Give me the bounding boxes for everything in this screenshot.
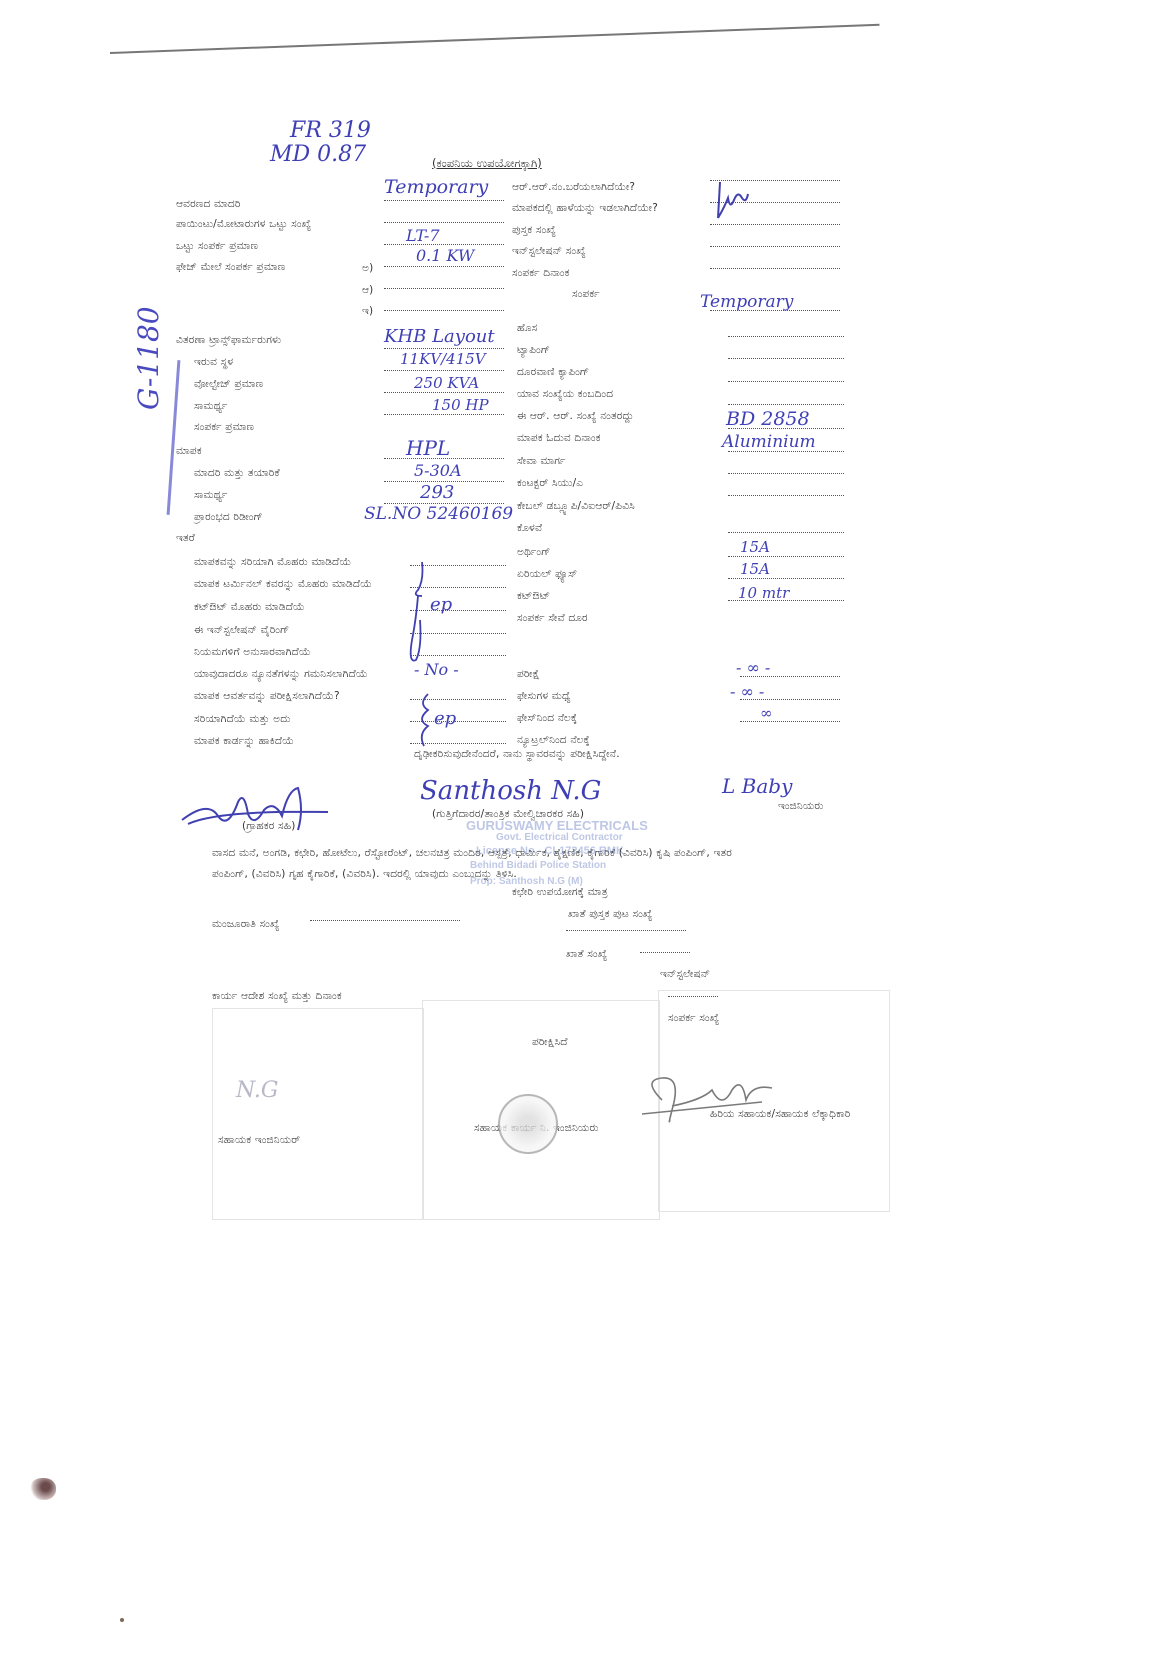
field-line (384, 288, 504, 289)
engineer-label: ಇಂಜಿನಿಯರು (778, 800, 824, 813)
field-line (384, 200, 504, 201)
field-line (710, 268, 840, 269)
field-label: ಸಂಪರ್ಕ ಪ್ರಮಾಣ (194, 421, 254, 434)
accounts-officer-signature (642, 1070, 812, 1130)
neutral-earth-value: ∞ (760, 704, 773, 722)
field-label: ಸಾಮರ್ಥ್ಯ (194, 400, 228, 413)
scan-edge-line (110, 24, 880, 54)
field-line (384, 266, 504, 267)
field-line (728, 556, 844, 557)
aerial-fuse-value: 15A (740, 538, 770, 556)
field-line (728, 578, 844, 579)
field-label: ಪುಸ್ತಕ ಸಂಖ್ಯೆ (512, 224, 556, 237)
accounts-officer-label: ಹಿರಿಯ ಸಹಾಯಕ/ಸಹಾಯಕ ಲೆಕ್ಕಾಧಿಕಾರಿ (710, 1108, 851, 1121)
svg-text:ep: ep (430, 594, 453, 615)
asst-engineer-label: ಸಹಾಯಕ ಇಂಜಿನಿಯರ್ (218, 1134, 300, 1147)
checklist-label: ನಿಯಮಗಳಿಗೆ ಅನುಸಾರವಾಗಿದೆಯೆ (194, 646, 311, 659)
field-line (384, 370, 504, 371)
section-heading: ವಿತರಣಾ ಟ್ರಾನ್ಸ್‌ಫಾರ್ಮರುಗಳು (176, 334, 281, 347)
engineer-signature: L Baby (722, 774, 792, 798)
meter-make-value: HPL (406, 436, 450, 460)
field-line (384, 222, 504, 223)
field-label: ಕೇಬಲ್ ಡಬ್ಲ್ಯೂಪಿ/ವಿಐಆರ್/ಪಿವಿಸಿ (517, 500, 635, 513)
field-label: ಪ್ರಾರಂಭದ ರಿಡೀಂಗ್ (194, 511, 263, 524)
field-line (384, 244, 504, 245)
stamp-line-1: GURUSWAMY ELECTRICALS (466, 818, 648, 833)
field-label: ಫೇಸ್‌ನಿಂದ ನೆಲಕ್ಕೆ (517, 712, 577, 725)
total-load-value: LT-7 (406, 226, 440, 245)
field-line (384, 392, 504, 393)
voltage-value: 11KV/415V (400, 350, 486, 368)
certification-text: ದೃಢೀಕರಿಸುವುದೇನೆಂದರೆ, ನಾನು ಸ್ಥಾವರವನ್ನು ಪರ… (414, 748, 620, 761)
field-label: ದೂರವಾಣಿ ಕ್ಯಾಪಿಂಗ್ (517, 366, 589, 379)
handwritten-ref-1: FR 319 (290, 118, 371, 143)
field-line (728, 532, 844, 533)
field-line (740, 721, 840, 722)
form-title: (ಕಂಪನಿಯ ಉಪಯೋಗಕ್ಕಾಗಿ) (432, 156, 542, 171)
handwritten-ref-2: MD 0.87 (270, 142, 366, 167)
stamp-line-2: Govt. Electrical Contractor (496, 832, 623, 843)
phase-earth-value: - ∞ - (730, 682, 764, 701)
svg-text:ep: ep (434, 708, 457, 729)
field-label: ಇತರೆ (176, 532, 195, 545)
field-label: ಏರಿಯಲ್ ಫ್ಯೂಸ್ (517, 568, 577, 581)
field-label: ಸಂಪರ್ಕ ಸೇವೆ ದೂರ (517, 612, 588, 625)
field-label: ಮಾಪಕದಲ್ಲಿ ಹಾಳೆಯನ್ನು ಇಡಲಾಗಿದೆಯೇ? (512, 202, 658, 215)
scan-blot (30, 1478, 56, 1500)
work-order-label: ಕಾರ್ಯ ಆದೇಶ ಸಂಖ್ಯೆ ಮತ್ತು ದಿನಾಂಕ (212, 990, 342, 1003)
meter-rating-value: 5-30A (414, 461, 462, 480)
field-line (728, 495, 844, 496)
checklist-label: ಮಾಪಕ ಟರ್ಮಿನಲ್ ಕವರನ್ನು ಮೊಹರು ಮಾಡಿದೆಯೆ (194, 578, 372, 591)
checklist-label: ಸರಿಯಾಗಿದೆಯೆ ಮತ್ತು ಅದು (194, 713, 291, 726)
initial-reading-value: 293 (420, 482, 454, 503)
contractor-signature: Santhosh N.G (420, 776, 601, 806)
premises-type-value: Temporary (384, 176, 488, 198)
field-label: ಒಟ್ಟು ಸಂಪರ್ಕ ಪ್ರಮಾಣ (176, 240, 258, 253)
field-label: ಇನ್‌ಸ್ಟಲೇಷನ್ ಸಂಖ್ಯೆ (512, 245, 586, 258)
account-no-label: ಖಾತೆ ಸಂಖ್ಯೆ (566, 948, 607, 961)
checklist-label: ಮಾಪಕ ಕಾರ್ಡನ್ನು ಹಾಕಿದೆಯೆ (194, 735, 294, 748)
ledger-page-label: ಖಾತೆ ಪುಸ್ತಕ ಪುಟ ಸಂಖ್ಯೆ (568, 908, 653, 921)
field-label: ಫೇಸುಗಳ ಮಧ್ಯೆ (517, 690, 571, 703)
premises-types-line-2: ಪಂಪಿಂಗ್, (ವಿವರಿಸಿ) ಗೃಹ ಕೈಗಾರಿಕೆ, (ವಿವರಿಸ… (212, 868, 517, 881)
capacity-value: 250 KVA (414, 374, 479, 392)
field-line (384, 414, 504, 415)
field-line (566, 930, 686, 931)
service-distance-value: 10 mtr (738, 584, 789, 602)
field-label: ಟ್ಯಾಪಿಂಗ್ (517, 344, 550, 357)
field-label: ಸಾಮರ್ಥ್ಯ (194, 489, 228, 502)
scanned-form-page: FR 319 MD 0.87 (ಕಂಪನಿಯ ಉಪಯೋಗಕ್ಕಾಗಿ) G-11… (0, 0, 1168, 1656)
field-line (710, 246, 840, 247)
field-label: ವೋಲ್ಟೇಜ್ ಪ್ರಮಾಣ (194, 378, 263, 391)
field-label: ಈ ಆರ್. ಆರ್. ಸಂಖ್ಯೆ ನಂತರದ್ದು (517, 410, 634, 423)
checklist-bracket-mark: ep (404, 560, 464, 670)
field-label: ಅರ್ಥಿಂಗ್ (517, 546, 550, 559)
field-label: ಸೇವಾ ಮಾರ್ಗ (517, 455, 566, 468)
cutout-value: 15A (740, 560, 770, 578)
field-prefix: ಆ) (362, 284, 373, 297)
field-label: ಮಾಪಕ ಓದುವ ದಿನಾಂಕ (517, 432, 601, 445)
field-line (384, 310, 504, 311)
checklist-label: ಮಾಪಕ ಆವರ್ತವನ್ನು ಪರೀಕ್ಷಿಸಲಾಗಿದೆಯೆ? (194, 690, 340, 703)
installation-label: ಇನ್‌ಸ್ಟಲೇಷನ್ (660, 968, 710, 981)
section-heading: ಮಾಪಕ (176, 445, 202, 458)
connected-load-value: 150 HP (432, 396, 489, 414)
field-label: ಕಟ್‌ಔಟ್ (517, 590, 550, 603)
meter-serial-value: SL.NO 52460169 (364, 504, 513, 524)
office-use-heading: ಕಛೇರಿ ಉಪಯೋಗಕ್ಕೆ ಮಾತ್ರ (512, 886, 608, 899)
checklist-label: ಯಾವುದಾದರೂ ನ್ಯೂನತೆಗಳನ್ನು ಗಮನಿಸಲಾಗಿದೆಯೆ (194, 668, 368, 681)
field-line (728, 404, 844, 405)
field-prefix: ಇ) (362, 305, 373, 318)
field-label: ಸಂಪರ್ಕ (572, 288, 600, 301)
checklist-label: ಈ ಇನ್‌ಸ್ಟಲೇಷನ್ ವೈರಿಂಗ್ (194, 624, 289, 637)
field-label: ಫೇಜ್ ಮೇಲೆ ಸಂಪರ್ಕ ಪ್ರಮಾಣ (176, 261, 285, 274)
premises-types-line-1: ವಾಸದ ಮನೆ, ಅಂಗಡಿ, ಕಛೇರಿ, ಹೋಟೆಲು, ರೆಸ್ಟೋರೆ… (212, 847, 732, 860)
sanction-no-label: ಮಂಜೂರಾತಿ ಸಂಖ್ಯೆ (212, 918, 280, 931)
field-line (728, 473, 844, 474)
field-line (728, 358, 844, 359)
phase-phase-value: - ∞ - (736, 658, 770, 677)
checklist-label: ಮಾಪಕವನ್ನು ಸರಿಯಾಗಿ ಮೊಹರು ಮಾಡಿದೆಯೆ (194, 556, 351, 569)
field-line (728, 336, 844, 337)
field-label: ಆವರಣದ ಮಾದರಿ (176, 198, 241, 211)
service-line-value: Aluminium (722, 432, 816, 452)
field-label: ಮಾದರಿ ಮತ್ತು ತಯಾರಿಕೆ (194, 467, 280, 480)
field-prefix: ಅ) (362, 262, 373, 275)
bleed-through-box (212, 1008, 424, 1220)
field-line (640, 952, 690, 953)
defects-value: - No - (414, 660, 459, 679)
consumer-signature-label: (ಗ್ರಾಹಕರ ಸಹಿ) (242, 820, 296, 833)
phase-load-value: 0.1 KW (416, 246, 474, 265)
field-label: ನ್ಯೂಟ್ರಲ್‌ನಿಂದ ನೆಲಕ್ಕೆ (517, 734, 590, 747)
field-label: ಕೊಳವೆ (517, 522, 542, 535)
margin-bracket (167, 360, 181, 515)
connection-type-value: Temporary (700, 292, 793, 312)
field-line (310, 920, 460, 921)
field-label: ಹೊಸ (517, 322, 537, 335)
office-seal (498, 1094, 558, 1154)
location-value: KHB Layout (384, 326, 495, 347)
rr-check-signature (712, 180, 752, 224)
field-label: ಕಂಟಕ್ಟರ್ ಸಿಯು/ಎ (517, 477, 583, 490)
field-line (384, 348, 504, 349)
field-line (728, 381, 844, 382)
field-label: ಪಾಯಿಂಟು/ಮೋಟಾರುಗಳ ಒಟ್ಟು ಸಂಖ್ಯೆ (176, 218, 311, 231)
field-label: ಯಾವ ಸಂಖ್ಯೆಯ ಕಂಬದಿಂದ (517, 388, 613, 401)
section-heading: ಪರೀಕ್ಷೆ (517, 668, 540, 681)
margin-note: G-1180 (132, 306, 165, 410)
rr-number-after-value: BD 2858 (726, 408, 810, 430)
meter-check-mark: ep (410, 690, 470, 750)
field-label: ಇರುವ ಸ್ಥಳ (194, 356, 233, 369)
field-label: ಸಂಪರ್ಕ ದಿನಾಂಕ (512, 267, 570, 280)
ghost-signature: N.G (236, 1078, 278, 1103)
scan-speck (120, 1618, 124, 1622)
field-line (710, 224, 840, 225)
checklist-label: ಕಟ್‌ಔಟ್ ಮೊಹರು ಮಾಡಿದೆಯೆ (194, 601, 305, 614)
field-label: ಆರ್.ಆರ್.ನಂ.ಬರೆಯಲಾಗಿದೆಯೇ? (512, 181, 635, 194)
